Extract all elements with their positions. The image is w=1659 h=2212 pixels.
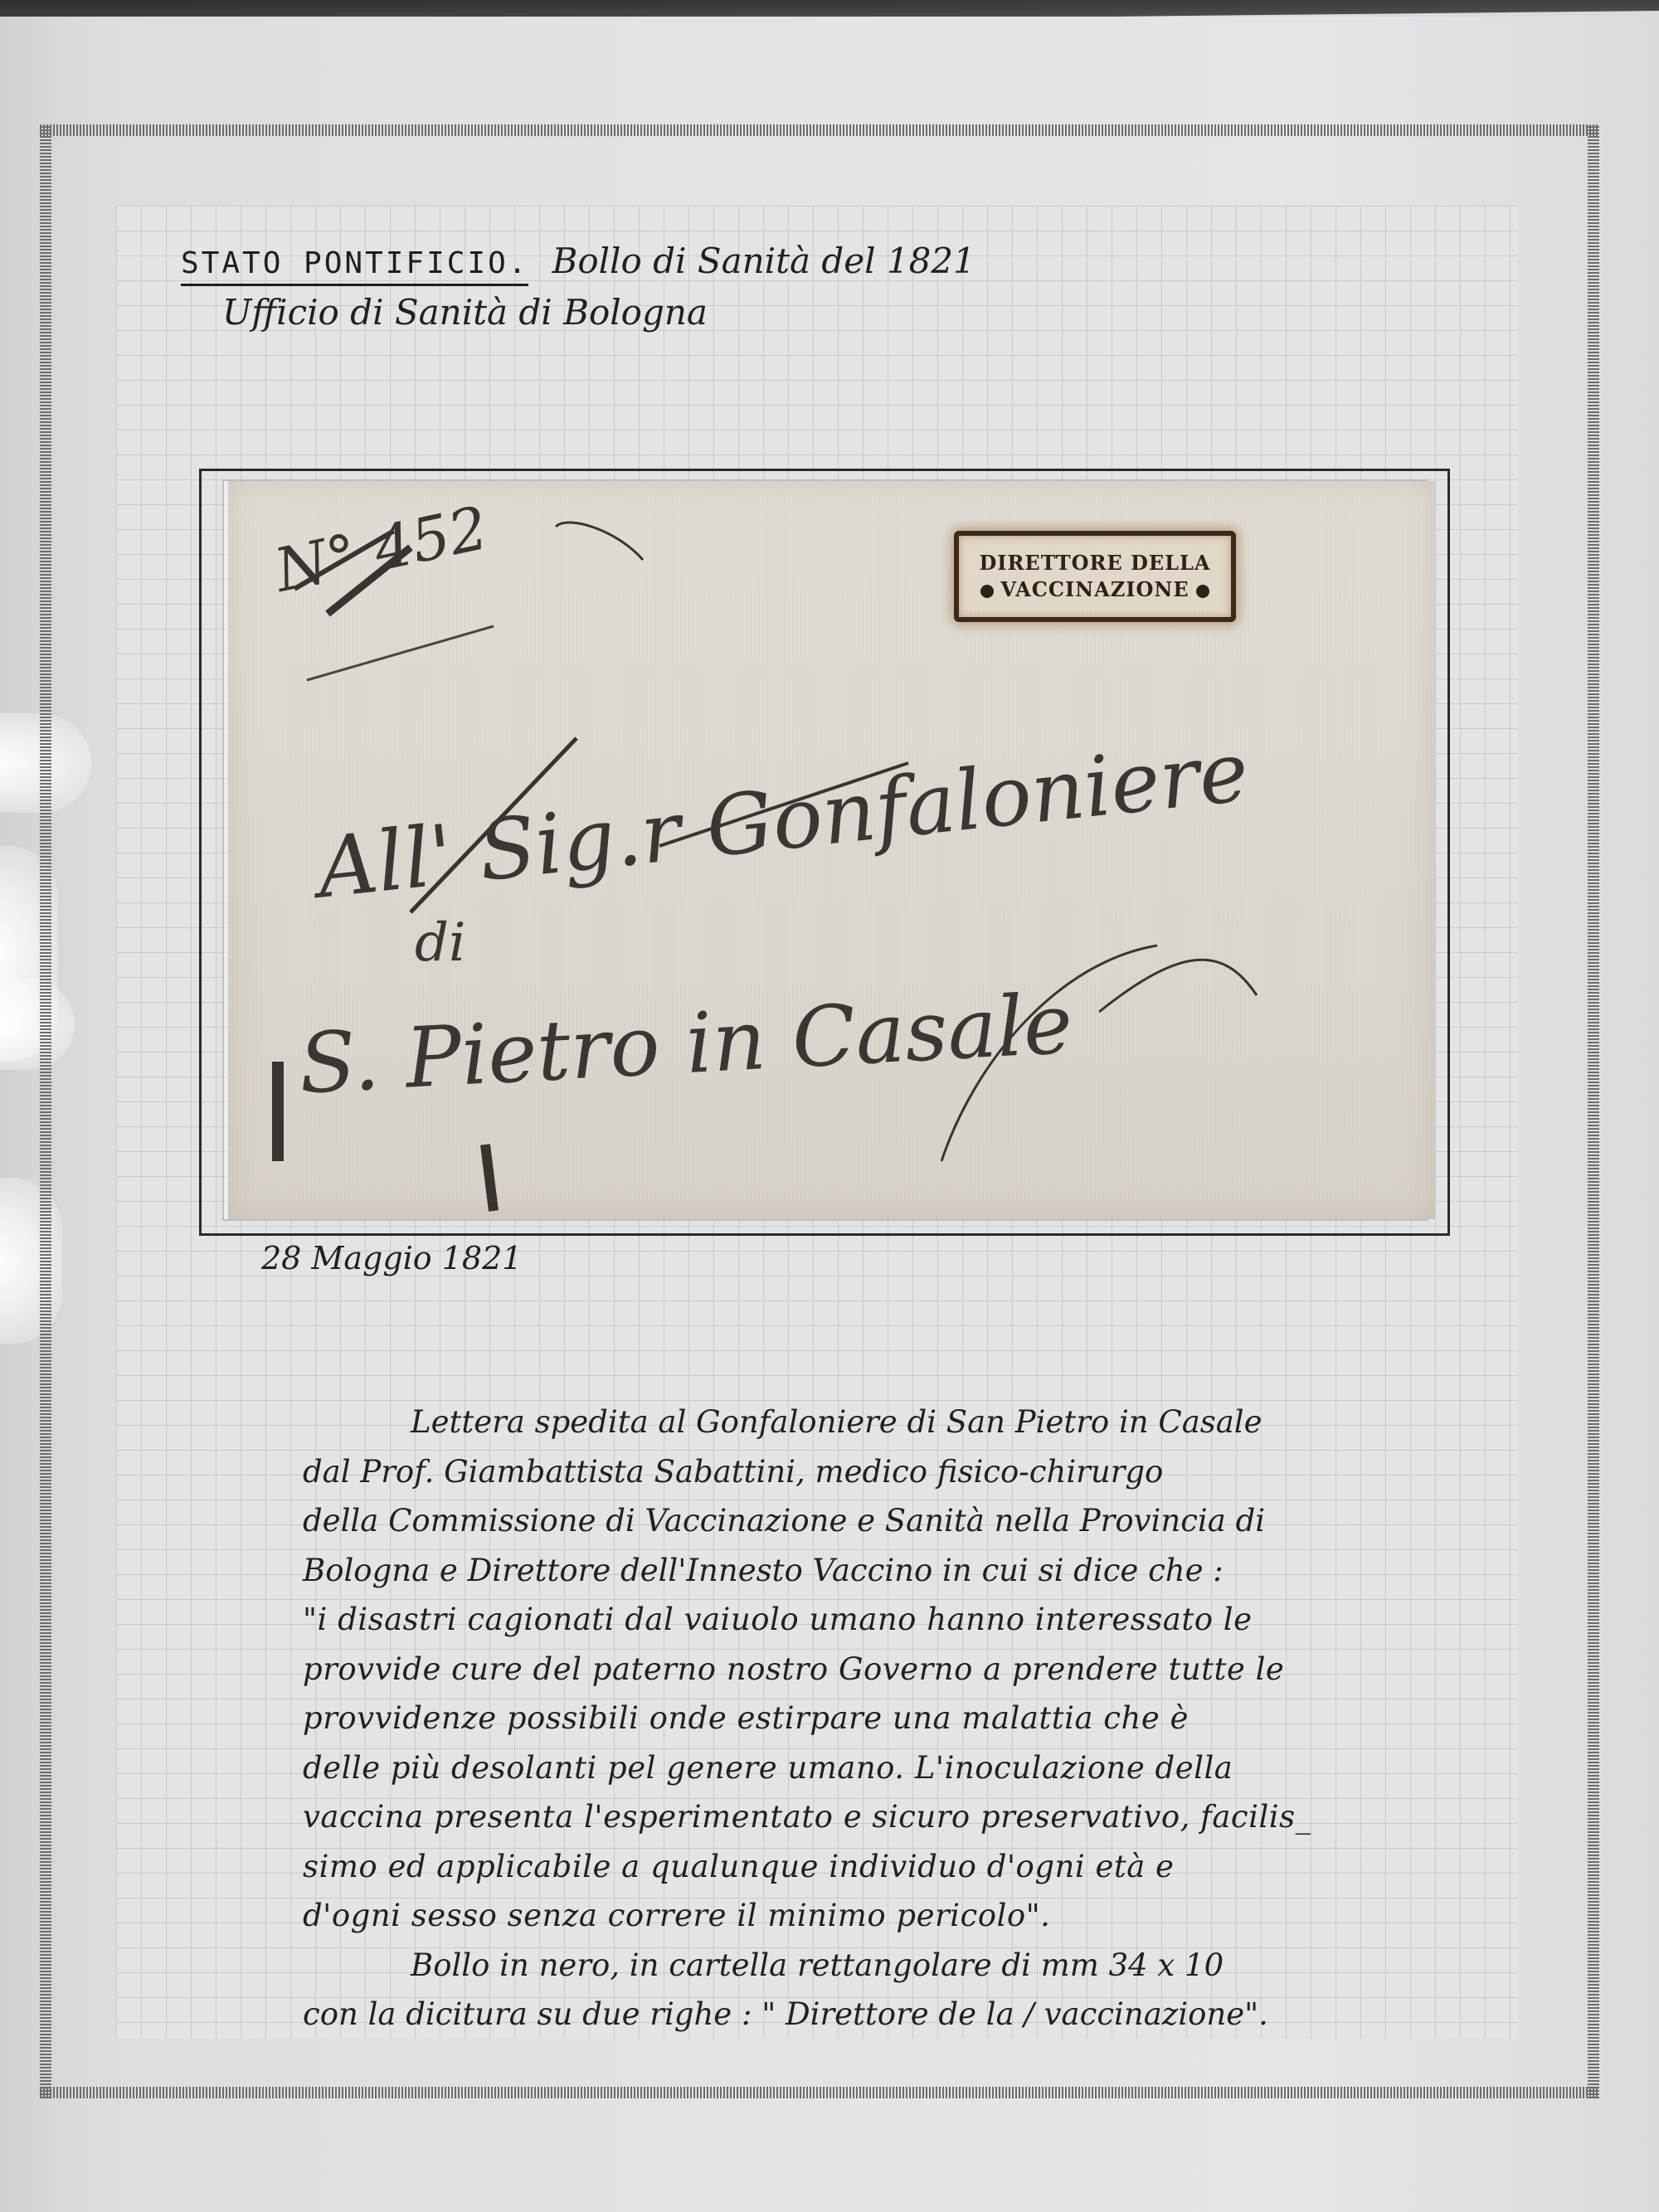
description-quote-line: d'ogni sesso senza correre il minimo per…	[303, 1891, 1431, 1941]
postmark-direttore-vaccinazione: DIRETTORE DELLA VACCINAZIONE	[954, 531, 1236, 622]
postmark-line2-row: VACCINAZIONE	[974, 576, 1215, 603]
page-heading: STATO PONTIFICIO. Bollo di Sanità del 18…	[181, 241, 975, 286]
description-line: dal Prof. Giambattista Sabattini, medico…	[303, 1447, 1431, 1497]
description-line: con la dicitura su due righe : " Diretto…	[303, 1990, 1431, 2039]
cover-date: 28 Maggio 1821	[261, 1240, 522, 1276]
description-quote-line: provvidenze possibili onde estirpare una…	[303, 1694, 1431, 1743]
heading-title: Bollo di Sanità del 1821	[552, 241, 975, 281]
description-quote-line: vaccina presenta l'esperimentato e sicur…	[303, 1792, 1431, 1842]
description-quote-line: "i disastri cagionati dal vaiuolo umano …	[303, 1595, 1431, 1645]
heading-subtitle: Ufficio di Sanità di Bologna	[222, 292, 708, 333]
address-line-2: di	[415, 912, 465, 974]
description-line: della Commissione di Vaccinazione e Sani…	[303, 1496, 1431, 1546]
description-line: Bollo in nero, in cartella rettangolare …	[303, 1941, 1431, 1991]
description-line: Lettera spedita al Gonfaloniere di San P…	[303, 1398, 1431, 1447]
description-quote-line: delle più desolanti pel genere umano. L'…	[303, 1743, 1431, 1793]
description-quote-line: simo ed applicabile a qualunque individu…	[303, 1842, 1431, 1892]
description-line: Bologna e Direttore dell'Innesto Vaccino…	[303, 1546, 1431, 1596]
description-text: Lettera spedita al Gonfaloniere di San P…	[303, 1398, 1431, 2039]
description-quote-line: provvide cure del paterno nostro Governo…	[303, 1645, 1431, 1694]
dot-ornament-icon	[980, 585, 994, 598]
postmark-line1: DIRETTORE DELLA	[979, 550, 1210, 576]
postmark-line2: VACCINAZIONE	[1000, 577, 1189, 601]
heading-state: STATO PONTIFICIO.	[181, 246, 528, 286]
dot-ornament-icon	[1196, 585, 1209, 598]
